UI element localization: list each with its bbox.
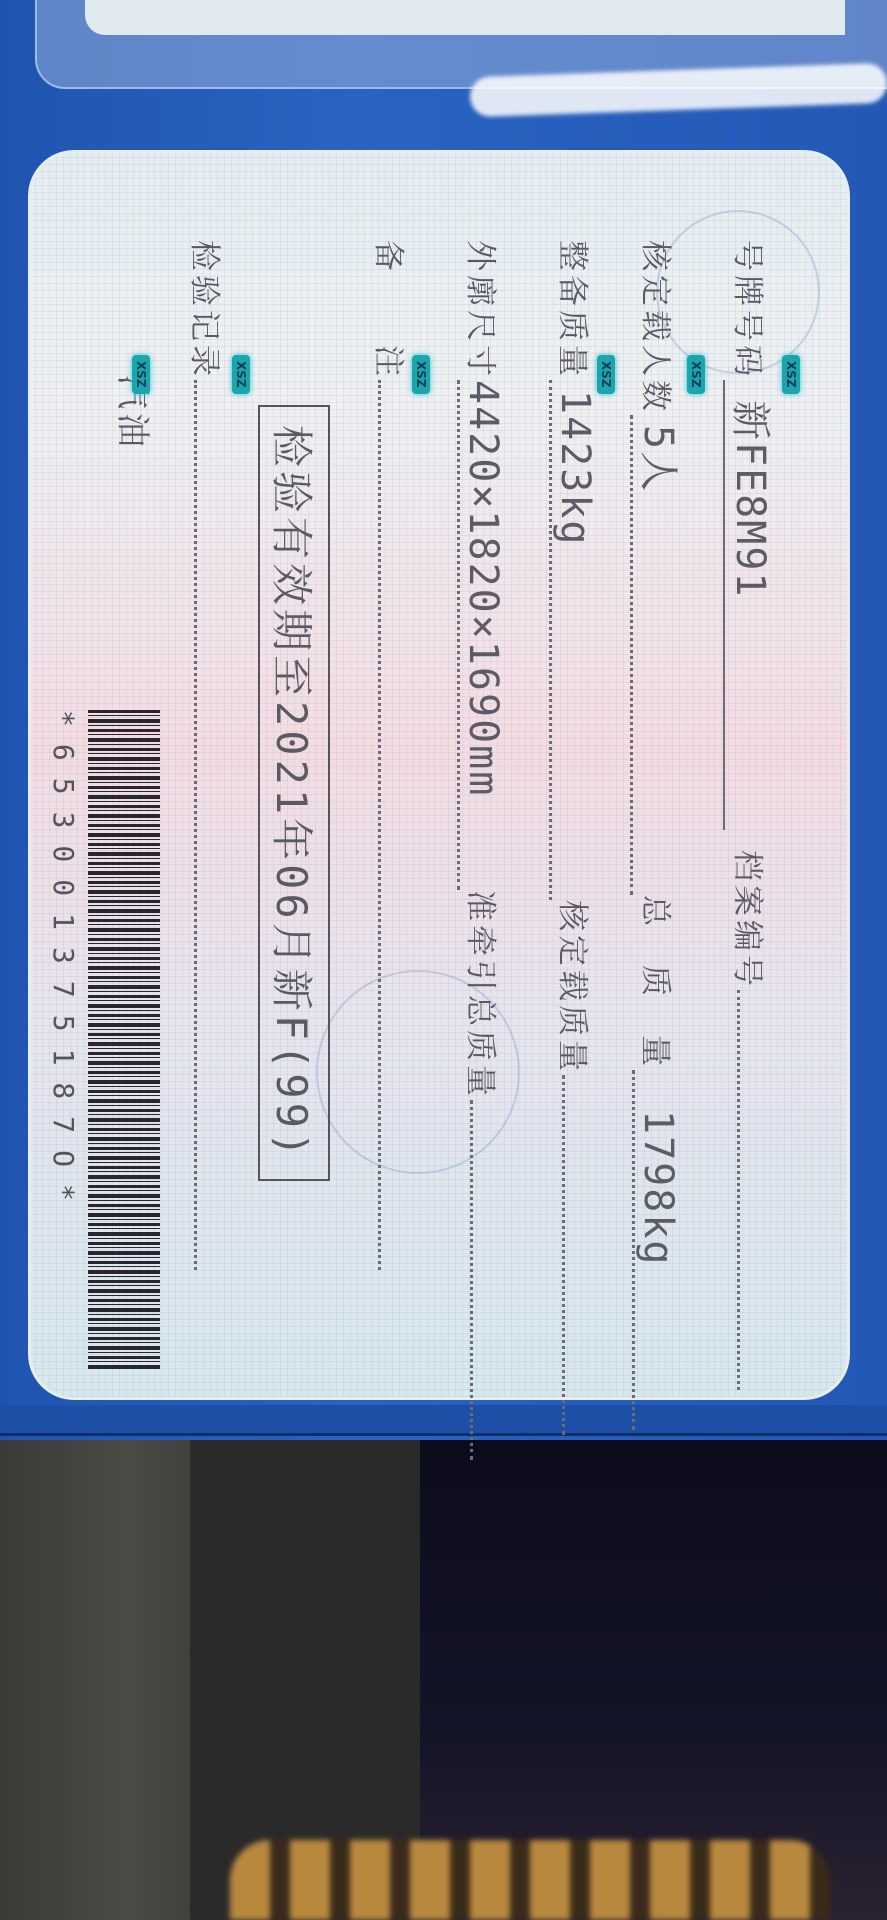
row-remarks: 备 注: [369, 240, 414, 1270]
inspection-record-label: 检验记录: [185, 240, 230, 380]
approved-load-label: 核定载质量: [553, 900, 598, 1075]
bead-seat-cover: [230, 1840, 830, 1920]
barcode-number: *653001375187O*: [47, 710, 80, 1218]
plate-number-value: 新FE8M91: [723, 380, 782, 830]
security-mark: XSZ: [782, 355, 800, 394]
dimensions-label: 外廓尺寸: [461, 240, 506, 380]
approved-load-value: [562, 1075, 565, 1435]
inspection-record-line: [194, 380, 201, 1270]
barcode: [88, 710, 160, 1370]
holder-edge: [0, 1405, 887, 1436]
upper-card-edge: [85, 0, 845, 35]
dimensions-value: 4420×1820×1690mm: [457, 380, 506, 890]
total-mass-label: 总 质 量: [636, 895, 681, 1070]
row-inspection-record: 检验记录: [185, 240, 230, 1270]
inspection-validity-stamp: 检验有效期至2021年06月新F(99): [258, 405, 330, 1181]
row-dimensions: 外廓尺寸 4420×1820×1690mm 准牵引总质量: [457, 240, 506, 1460]
file-number-label: 档案编号: [728, 850, 773, 990]
file-number-value: [737, 990, 740, 1390]
security-mark: XSZ: [412, 355, 430, 394]
security-mark: XSZ: [232, 355, 250, 394]
leather-seat: [0, 1440, 210, 1920]
plate-number-label: 号牌号码: [728, 240, 773, 380]
security-mark: XSZ: [597, 355, 615, 394]
registration-card: 号牌号码 新FE8M91 档案编号 核定载人数 5人 总 质 量 1798kg …: [28, 150, 850, 1400]
remarks-label: 备 注: [369, 240, 414, 380]
total-mass-value: 1798kg: [632, 1070, 681, 1430]
approved-passengers-label: 核定载人数: [636, 240, 681, 415]
row-curb-weight: 整备质量 1423kg 核定载质量: [549, 240, 598, 1435]
security-mark: XSZ: [132, 355, 150, 394]
towing-mass-label: 准牵引总质量: [461, 890, 506, 1100]
towing-mass-value: [470, 1100, 473, 1460]
remarks-value: [378, 380, 381, 1270]
security-mark: XSZ: [687, 355, 705, 394]
row-plate: 号牌号码 新FE8M91 档案编号: [723, 240, 782, 1390]
registration-card-wrapper: 号牌号码 新FE8M91 档案编号 核定载人数 5人 总 质 量 1798kg …: [28, 150, 850, 1400]
curb-weight-label: 整备质量: [553, 240, 598, 380]
row-passengers: 核定载人数 5人 总 质 量 1798kg: [630, 240, 690, 1430]
approved-passengers-value: 5人: [630, 415, 690, 895]
curb-weight-value: 1423kg: [549, 380, 598, 900]
